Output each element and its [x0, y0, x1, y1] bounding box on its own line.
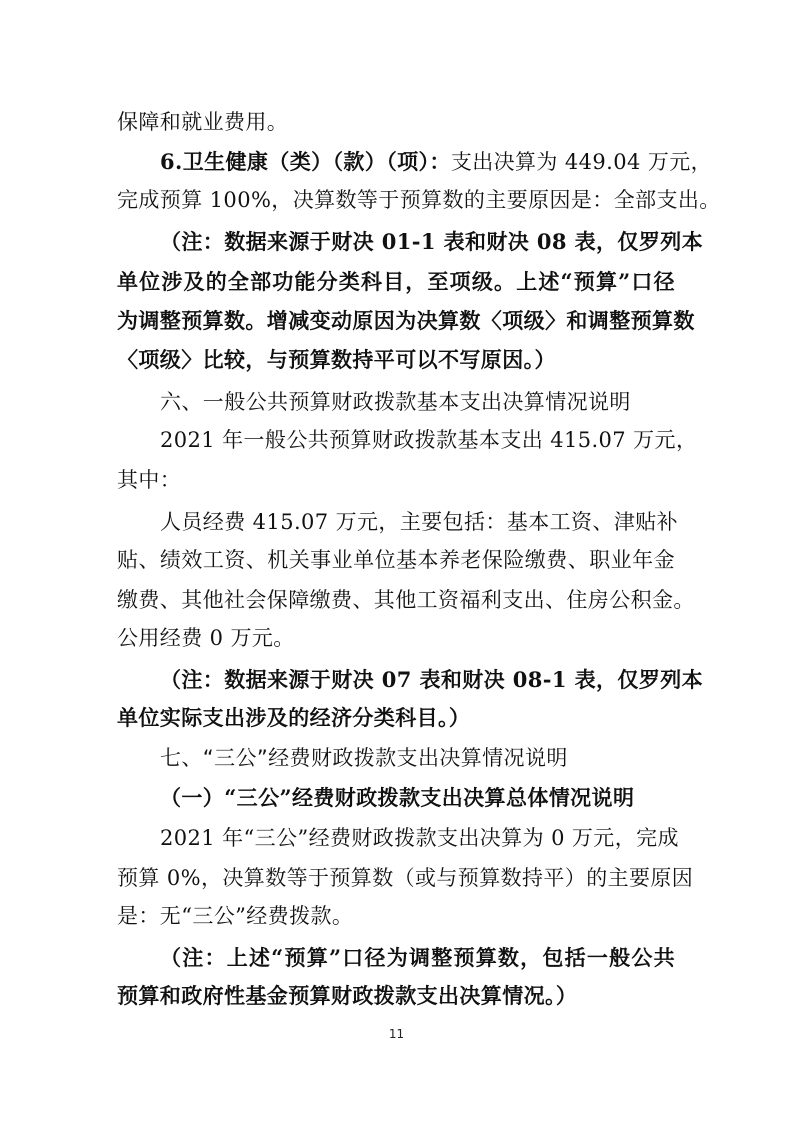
personnel-expense-line-1: 人员经费 415.07 万元，主要包括：基本工资、津贴补 — [160, 510, 675, 534]
subsection-1-heading: （一）“三公”经费财政拨款支出决算总体情况说明 — [160, 786, 675, 810]
note-1-line-1: （注：数据来源于财决 01-1 表和财决 08 表，仅罗列本 — [160, 230, 675, 254]
section-6-heading: 六、一般公共预算财政拨款基本支出决算情况说明 — [160, 390, 675, 414]
three-public-total-line-2: 预算 0%，决算数等于预算数（或与预算数持平）的主要原因 — [117, 866, 675, 890]
note-2-line-1: （注：数据来源于财决 07 表和财决 08-1 表，仅罗列本 — [160, 668, 675, 692]
item-6-amount: 支出决算为 449.04 万元， — [451, 150, 712, 174]
personnel-expense-line-3: 缴费、其他社会保障缴费、其他工资福利支出、住房公积金。 — [117, 588, 675, 612]
paragraph-continuation: 保障和就业费用。 — [117, 110, 675, 134]
section-7-heading: 七、“三公”经费财政拨款支出决算情况说明 — [160, 746, 675, 770]
note-1-line-4: 〈项级〉比较，与预算数持平可以不写原因。） — [117, 348, 675, 372]
basic-expenditure-total: 2021 年一般公共预算财政拨款基本支出 415.07 万元， — [160, 428, 675, 452]
note-1-line-2: 单位涉及的全部功能分类科目，至项级。上述“预算”口径 — [117, 270, 675, 294]
personnel-expense-line-2: 贴、绩效工资、机关事业单位基本养老保险缴费、职业年金 — [117, 548, 675, 572]
note-1-line-3: 为调整预算数。增减变动原因为决算数〈项级〉和调整预算数 — [117, 309, 675, 333]
item-6-health: 6.卫生健康（类）（款）（项）：支出决算为 449.04 万元， — [160, 150, 675, 174]
page-number: 11 — [0, 1027, 793, 1041]
three-public-total-line-3: 是：无“三公”经费拨款。 — [117, 904, 675, 928]
item-6-completion: 完成预算 100%，决算数等于预算数的主要原因是：全部支出。 — [117, 188, 675, 212]
basic-expenditure-of-which: 其中： — [117, 468, 675, 492]
note-2-line-2: 单位实际支出涉及的经济分类科目。） — [117, 706, 675, 730]
three-public-total-line-1: 2021 年“三公”经费财政拨款支出决算为 0 万元，完成 — [160, 826, 675, 850]
public-expense: 公用经费 0 万元。 — [117, 626, 675, 650]
note-3-line-1: （注：上述“预算”口径为调整预算数，包括一般公共 — [160, 946, 675, 970]
note-3-line-2: 预算和政府性基金预算财政拨款支出决算情况。） — [117, 984, 675, 1008]
item-6-title: 6.卫生健康（类）（款）（项）： — [160, 149, 451, 174]
